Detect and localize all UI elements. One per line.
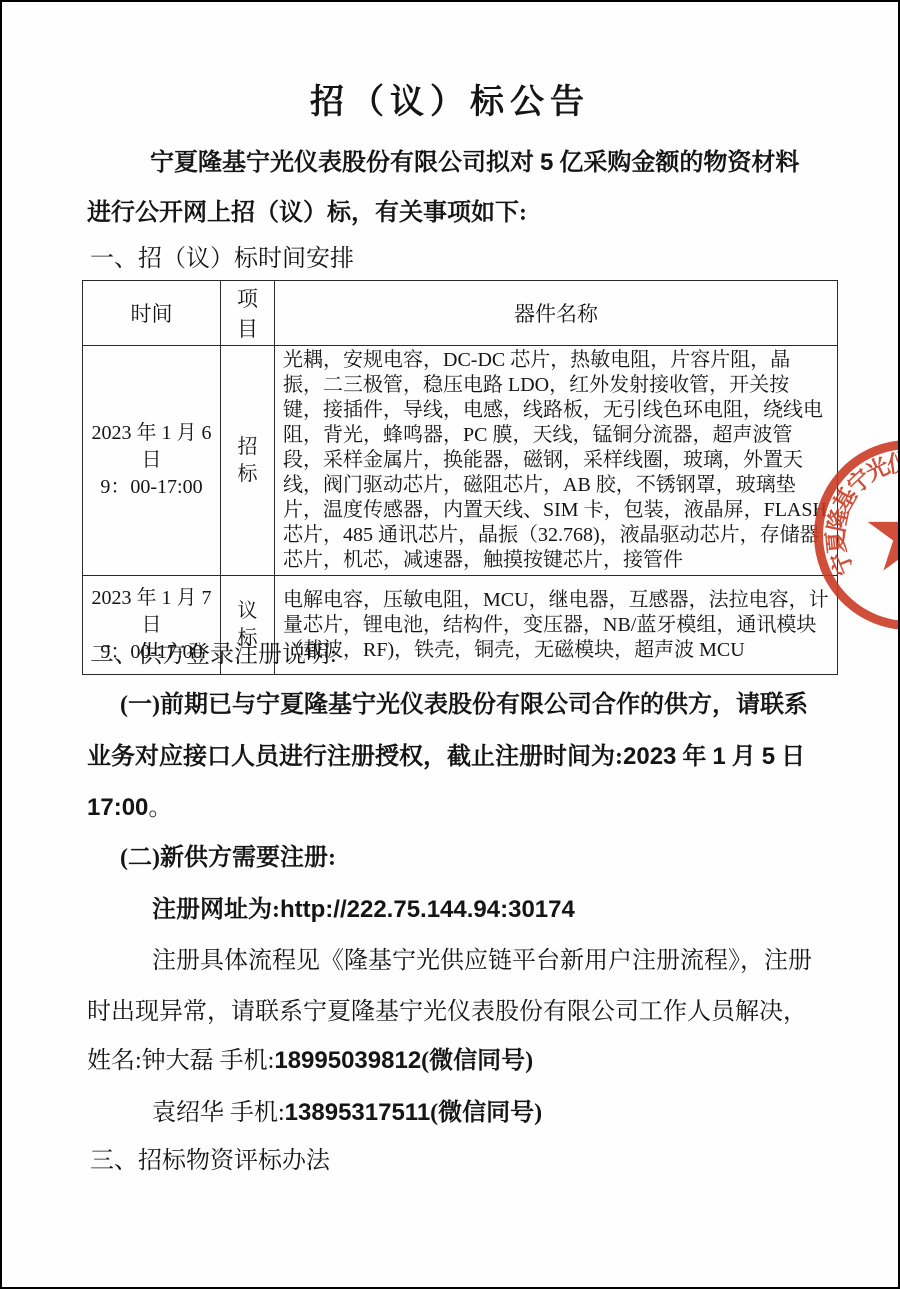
deadline-month-unit: 月 [726, 744, 762, 770]
document-page: 招（议）标公告 宁夏隆基宁光仪表股份有限公司拟对 5 亿采购金额的物资材料 进行… [0, 0, 900, 1289]
contact-1-wechat-note: (微信同号) [421, 1048, 533, 1074]
col-header-project: 项目 [221, 281, 275, 346]
bid-date: 2023 年 1 月 6 日 [91, 420, 212, 474]
deadline-month: 1 [712, 743, 725, 770]
bid-type-cell: 招标 [221, 346, 275, 576]
deadline-day: 5 [762, 743, 775, 770]
contact-2-name: 袁绍华 手机: [152, 1100, 285, 1126]
section-1-heading: 一、招（议）标时间安排 [90, 244, 354, 274]
deadline-year-unit: 年 [676, 744, 712, 770]
contact-2-phone: 13895317511 [285, 1099, 431, 1126]
deadline-text: 业务对应接口人员进行注册授权，截止注册时间为: [87, 744, 623, 770]
deadline-time: 17:00 [87, 794, 148, 821]
negotiation-items-cell: 电解电容，压敏电阻，MCU，继电器，互感器，法拉电容，计量芯片，锂电池，结构件，… [275, 576, 838, 675]
contact-line-1: 姓名:钟大磊 手机:18995039812(微信同号) [87, 1046, 533, 1076]
intro-text-2: 亿采购金额的物资材料 [553, 150, 799, 176]
schedule-table: 时间 项目 器件名称 2023 年 1 月 6 日 9：00-17:00 招标 … [82, 280, 838, 675]
col-header-time: 时间 [83, 281, 221, 346]
deadline-period: 。 [148, 795, 172, 821]
registered-supplier-line-1: (一)前期已与宁夏隆基宁光仪表股份有限公司合作的供方，请联系 [120, 690, 808, 720]
deadline-day-unit: 日 [775, 744, 805, 770]
registered-supplier-line-3: 17:00。 [87, 793, 172, 823]
contact-1-name: 姓名:钟大磊 手机: [87, 1048, 274, 1074]
process-line-1: 注册具体流程见《隆基宁光供应链平台新用户注册流程》，注册 [152, 946, 812, 976]
col-header-device-name: 器件名称 [275, 281, 838, 346]
contact-line-2: 袁绍华 手机:13895317511(微信同号) [152, 1098, 542, 1128]
contact-2-wechat-note: (微信同号) [430, 1100, 542, 1126]
contact-1-phone: 18995039812 [274, 1047, 421, 1074]
registration-url-line: 注册网址为:http://222.75.144.94:30174 [152, 895, 575, 925]
bid-time-cell: 2023 年 1 月 6 日 9：00-17:00 [83, 346, 221, 576]
negotiation-date: 2023 年 1 月 7 日 [91, 585, 212, 639]
new-supplier-heading: (二)新供方需要注册: [120, 843, 336, 873]
section-3-heading: 三、招标物资评标办法 [90, 1146, 330, 1176]
company-stamp: ★ 宁夏隆基宁光仪表股份有限公司 [814, 440, 900, 630]
page-title: 招（议）标公告 [2, 74, 898, 123]
registration-url: http://222.75.144.94:30174 [280, 896, 575, 923]
section-2-heading: 二、供方登录注册说明: [90, 640, 337, 670]
process-line-2: 时出现异常，请联系宁夏隆基宁光仪表股份有限公司工作人员解决， [87, 997, 807, 1027]
bid-items-cell: 光耦，安规电容，DC-DC 芯片，热敏电阻，片容片阻，晶振，二三极管，稳压电路 … [275, 346, 838, 576]
bid-hours: 9：00-17:00 [91, 474, 212, 501]
stamp-character: 仪 [884, 449, 900, 478]
intro-line-2: 进行公开网上招（议）标，有关事项如下: [87, 198, 527, 228]
deadline-year: 2023 [623, 743, 676, 770]
registered-supplier-line-2: 业务对应接口人员进行注册授权，截止注册时间为:2023 年 1 月 5 日 [87, 742, 805, 772]
table-row-bid: 2023 年 1 月 6 日 9：00-17:00 招标 光耦，安规电容，DC-… [83, 346, 838, 576]
intro-text-1: 宁夏隆基宁光仪表股份有限公司拟对 [150, 150, 540, 176]
registration-url-label: 注册网址为: [152, 897, 280, 923]
intro-amount: 5 [540, 149, 553, 176]
table-header-row: 时间 项目 器件名称 [83, 281, 838, 346]
intro-line-1: 宁夏隆基宁光仪表股份有限公司拟对 5 亿采购金额的物资材料 [150, 148, 799, 178]
